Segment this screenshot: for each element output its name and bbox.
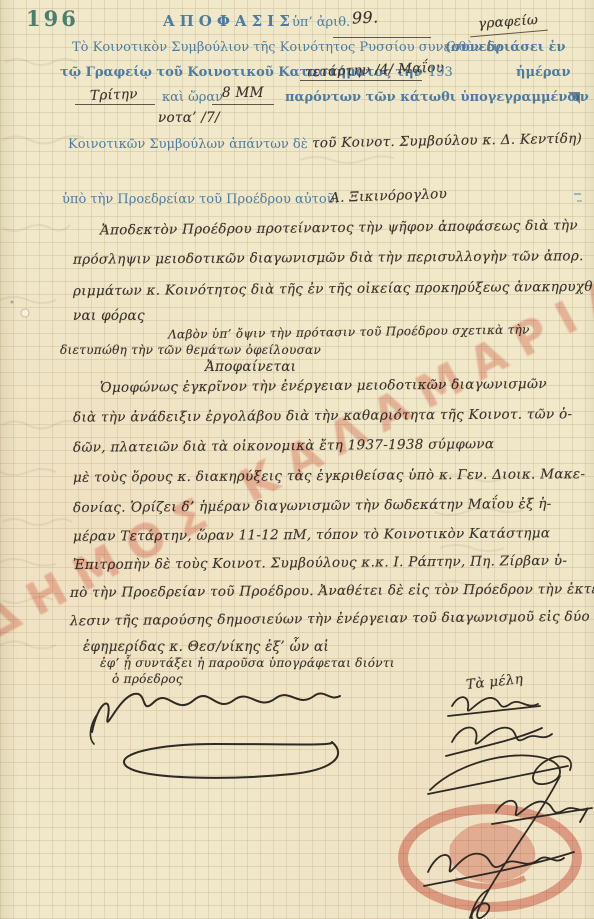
punch-hole [11, 301, 30, 318]
document-page: 196 ΑΠΟΦΑΣΙΣ ὑπ’ ἀριθ. 99. γραφείω Τὸ Κο… [0, 0, 594, 919]
corner-mark [568, 92, 582, 202]
president-signature [90, 693, 340, 777]
member-signature-3 [428, 755, 571, 794]
signatures-layer [0, 0, 594, 919]
member-signature-2 [446, 728, 552, 757]
member-signature-1 [448, 697, 540, 716]
